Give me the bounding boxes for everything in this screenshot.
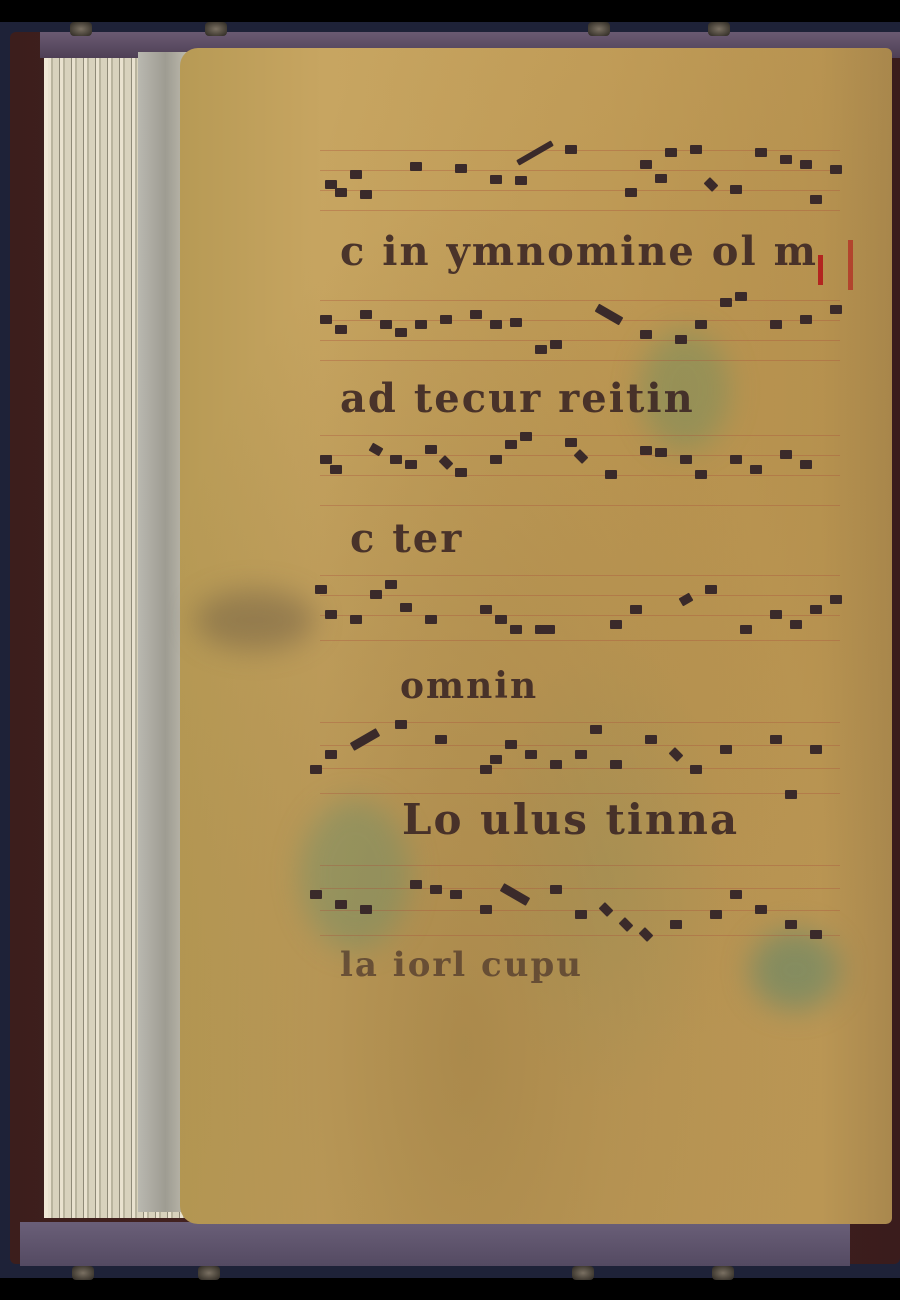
rubric-red-mark	[848, 240, 853, 290]
neume-row	[310, 140, 850, 210]
neume-row	[310, 290, 850, 360]
lyric-line: ad tecur reitin	[340, 375, 695, 422]
book-stud-icon	[72, 1266, 94, 1280]
lyric-line: omnin	[400, 665, 538, 707]
neume-row	[310, 430, 850, 500]
binding-bottom-edge	[20, 1222, 850, 1266]
lyric-line: c ter	[350, 515, 463, 562]
book-stud-icon	[70, 22, 92, 36]
book-stud-icon	[572, 1266, 594, 1280]
book-stud-icon	[708, 22, 730, 36]
book-stud-icon	[198, 1266, 220, 1280]
book-stud-icon	[205, 22, 227, 36]
water-stain	[750, 930, 840, 1010]
neume-row	[310, 575, 850, 645]
lyric-line: la iorl cupu	[340, 945, 583, 985]
rubric-red-mark	[818, 255, 823, 285]
lyric-line: c in ymnomine ol m	[340, 228, 818, 275]
neume-row	[310, 860, 850, 930]
lyric-line: Lo ulus tinna	[402, 795, 739, 844]
book-stud-icon	[588, 22, 610, 36]
book-stud-icon	[712, 1266, 734, 1280]
neume-row	[310, 710, 850, 780]
dirt-stain	[195, 590, 315, 650]
